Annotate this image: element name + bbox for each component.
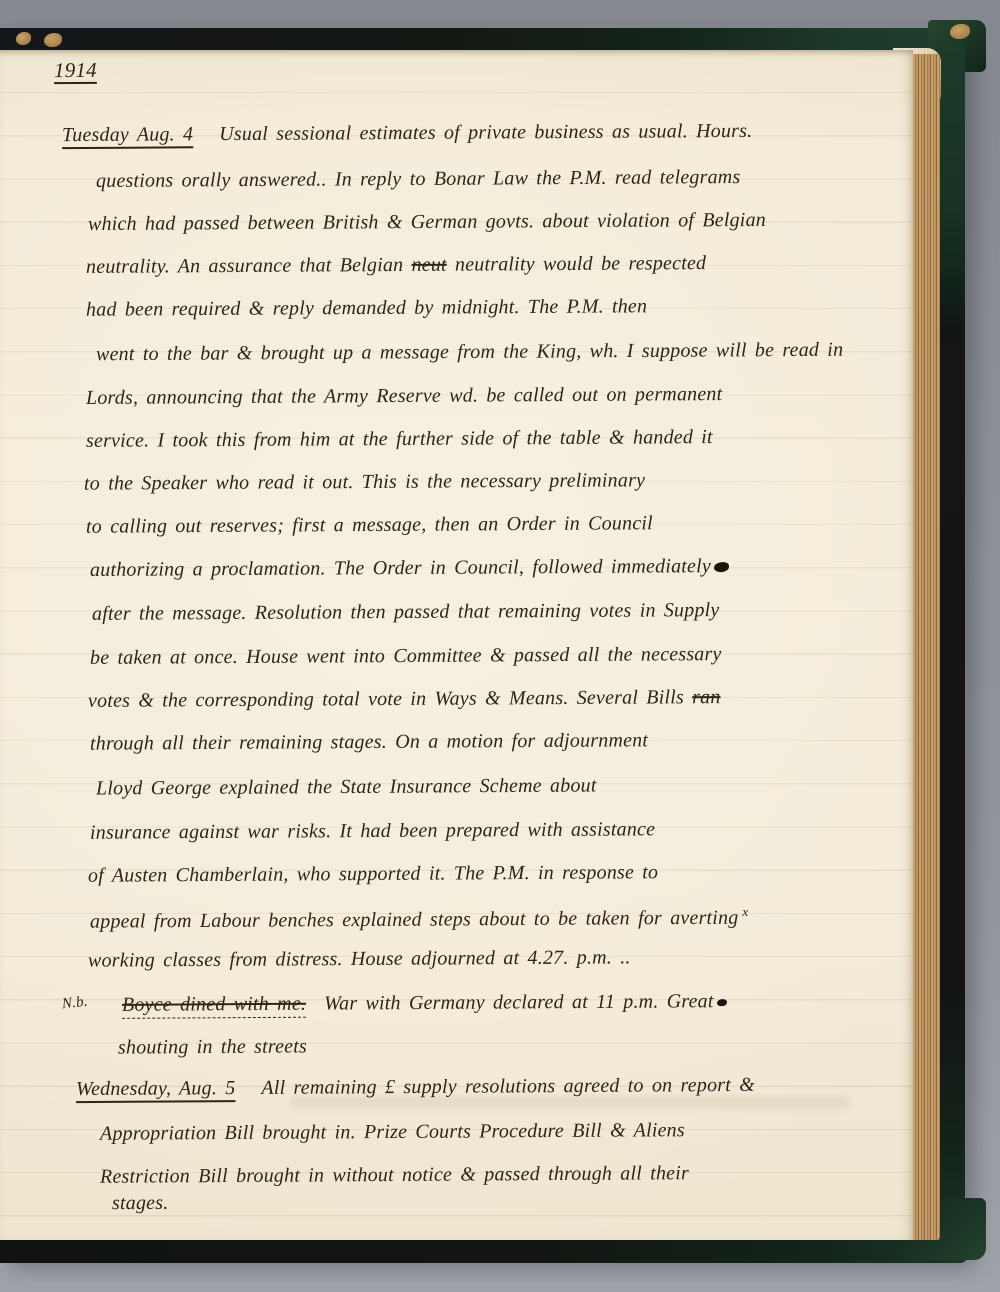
manuscript-line: authorizing a proclamation. The Order in… (90, 555, 729, 582)
manuscript-line: Lords, announcing that the Army Reserve … (86, 383, 722, 410)
manuscript-line: which had passed between British & Germa… (88, 209, 766, 236)
margin-note: N.b. (61, 994, 88, 1014)
manuscript-line: Tuesday Aug. 4Usual sessional estimates … (62, 120, 752, 147)
manuscript-line: went to the bar & brought up a message f… (96, 339, 843, 367)
manuscript-text: War with Germany declared at 11 p.m. Gre… (324, 990, 714, 1014)
manuscript-line: stages. (112, 1192, 169, 1215)
manuscript-text: Usual sessional estimates of private bus… (219, 120, 752, 145)
manuscript-line: Restriction Bill brought in without noti… (100, 1162, 689, 1189)
manuscript-line: Wednesday, Aug. 5All remaining £ supply … (76, 1074, 755, 1101)
insertion-mark: x (742, 904, 748, 919)
page-fore-edge (913, 54, 940, 1240)
manuscript-text: All remaining £ supply resolutions agree… (261, 1074, 755, 1099)
manuscript-line: to the Speaker who read it out. This is … (84, 469, 645, 495)
book-cover-right-edge (939, 42, 965, 1248)
entry-date-heading: Tuesday Aug. 4 (62, 123, 193, 146)
manuscript-text: neutrality. An assurance that Belgian (86, 254, 412, 278)
year-label: 1914 (54, 58, 97, 83)
manuscript-line: through all their remaining stages. On a… (90, 729, 648, 755)
manuscript-text: appeal from Labour benches explained ste… (90, 907, 739, 933)
manuscript-text: neutrality would be respected (447, 252, 707, 276)
manuscript-line: of Austen Chamberlain, who supported it.… (88, 861, 658, 887)
diary-page: 1914 Tuesday Aug. 4Usual sessional estim… (0, 50, 913, 1240)
manuscript-text: votes & the corresponding total vote in … (88, 686, 692, 712)
manuscript-line: insurance against war risks. It had been… (90, 818, 655, 844)
manuscript-line: had been required & reply demanded by mi… (86, 295, 647, 321)
entry-date-heading: Wednesday, Aug. 5 (76, 1077, 236, 1100)
manuscript-line: service. I took this from him at the fur… (86, 426, 713, 453)
photograph-backdrop: 1914 Tuesday Aug. 4Usual sessional estim… (0, 0, 1000, 1292)
manuscript-line: be taken at once. House went into Commit… (90, 643, 722, 670)
manuscript-line: Boyce dined with me.War with Germany dec… (122, 990, 727, 1017)
manuscript-text: authorizing a proclamation. The Order in… (90, 555, 711, 581)
manuscript-line: working classes from distress. House adj… (88, 946, 631, 972)
manuscript-line: shouting in the streets (118, 1035, 307, 1059)
struck-sentence: Boyce dined with me. (122, 993, 306, 1019)
book-cover-bottom-edge (0, 1238, 968, 1263)
manuscript-line: Lloyd George explained the State Insuran… (96, 774, 597, 800)
manuscript-line: appeal from Labour benches explained ste… (90, 904, 749, 934)
struck-word: neut (411, 254, 446, 276)
manuscript-line: after the message. Resolution then passe… (92, 599, 720, 626)
ink-smudge (717, 999, 727, 1006)
manuscript-line: neutrality. An assurance that Belgian ne… (86, 252, 706, 279)
struck-word: ran (692, 686, 721, 708)
manuscript-line: to calling out reserves; first a message… (86, 512, 653, 538)
ink-blot (714, 562, 729, 572)
manuscript-line: questions orally answered.. In reply to … (96, 166, 741, 193)
manuscript-line: Appropriation Bill brought in. Prize Cou… (100, 1119, 685, 1146)
manuscript-line: votes & the corresponding total vote in … (88, 686, 721, 713)
